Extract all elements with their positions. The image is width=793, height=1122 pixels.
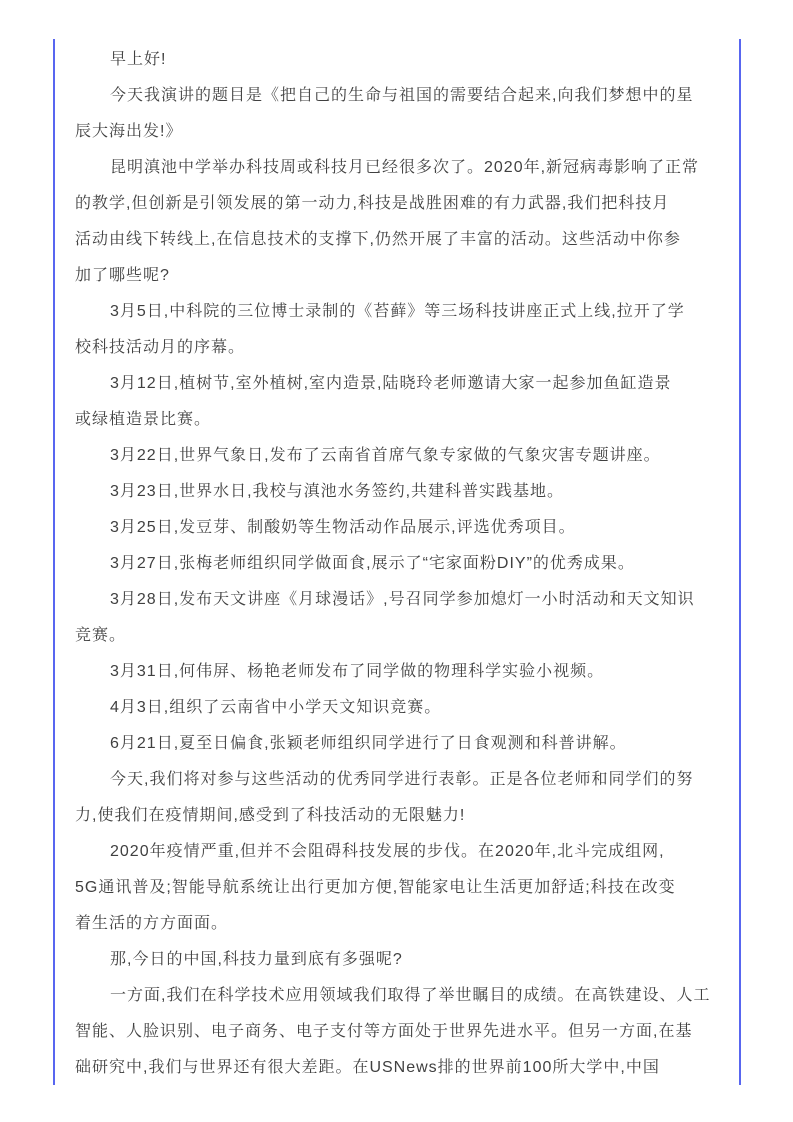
text-line: 6月21日,夏至日偏食,张颖老师组织同学进行了日食观测和科普讲解。 — [75, 726, 707, 762]
text-line: 4月3日,组织了云南省中小学天文知识竞赛。 — [75, 690, 707, 726]
text-line: 校科技活动月的序幕。 — [75, 330, 707, 366]
text-line: 3月27日,张梅老师组织同学做面食,展示了“宅家面粉DIY”的优秀成果。 — [75, 546, 707, 582]
text-line: 加了哪些呢? — [75, 258, 707, 294]
text-line: 那,今日的中国,科技力量到底有多强呢? — [75, 942, 707, 978]
text-line: 3月28日,发布天文讲座《月球漫话》,号召同学参加熄灯一小时活动和天文知识 — [75, 582, 707, 618]
text-line: 着生活的方方面面。 — [75, 906, 707, 942]
text-line: 早上好! — [75, 42, 707, 78]
text-line: 今天,我们将对参与这些活动的优秀同学进行表彰。正是各位老师和同学们的努 — [75, 762, 707, 798]
text-line: 础研究中,我们与世界还有很大差距。在USNews排的世界前100所大学中,中国 — [75, 1050, 707, 1086]
text-line: 智能、人脸识别、电子商务、电子支付等方面处于世界先进水平。但另一方面,在基 — [75, 1014, 707, 1050]
text-line: 3月31日,何伟屏、杨艳老师发布了同学做的物理科学实验小视频。 — [75, 654, 707, 690]
text-line: 活动由线下转线上,在信息技术的支撑下,仍然开展了丰富的活动。这些活动中你参 — [75, 222, 707, 258]
text-line: 3月12日,植树节,室外植树,室内造景,陆晓玲老师邀请大家一起参加鱼缸造景 — [75, 366, 707, 402]
document-body: 早上好!今天我演讲的题目是《把自己的生命与祖国的需要结合起来,向我们梦想中的星辰… — [75, 42, 707, 1086]
text-line: 3月25日,发豆芽、制酸奶等生物活动作品展示,评选优秀项目。 — [75, 510, 707, 546]
text-line: 或绿植造景比赛。 — [75, 402, 707, 438]
text-line: 2020年疫情严重,但并不会阻碍科技发展的步伐。在2020年,北斗完成组网, — [75, 834, 707, 870]
text-line: 今天我演讲的题目是《把自己的生命与祖国的需要结合起来,向我们梦想中的星 — [75, 78, 707, 114]
text-line: 的教学,但创新是引领发展的第一动力,科技是战胜困难的有力武器,我们把科技月 — [75, 186, 707, 222]
text-line: 3月22日,世界气象日,发布了云南省首席气象专家做的气象灾害专题讲座。 — [75, 438, 707, 474]
text-line: 辰大海出发!》 — [75, 114, 707, 150]
text-line: 力,使我们在疫情期间,感受到了科技活动的无限魅力! — [75, 798, 707, 834]
text-line: 3月5日,中科院的三位博士录制的《苔藓》等三场科技讲座正式上线,拉开了学 — [75, 294, 707, 330]
text-line: 3月23日,世界水日,我校与滇池水务签约,共建科普实践基地。 — [75, 474, 707, 510]
text-line: 昆明滇池中学举办科技周或科技月已经很多次了。2020年,新冠病毒影响了正常 — [75, 150, 707, 186]
text-line: 一方面,我们在科学技术应用领域我们取得了举世瞩目的成绩。在高铁建设、人工 — [75, 978, 707, 1014]
document-page: 早上好!今天我演讲的题目是《把自己的生命与祖国的需要结合起来,向我们梦想中的星辰… — [0, 0, 793, 1122]
text-line: 竞赛。 — [75, 618, 707, 654]
text-line: 5G通讯普及;智能导航系统让出行更加方便,智能家电让生活更加舒适;科技在改变 — [75, 870, 707, 906]
